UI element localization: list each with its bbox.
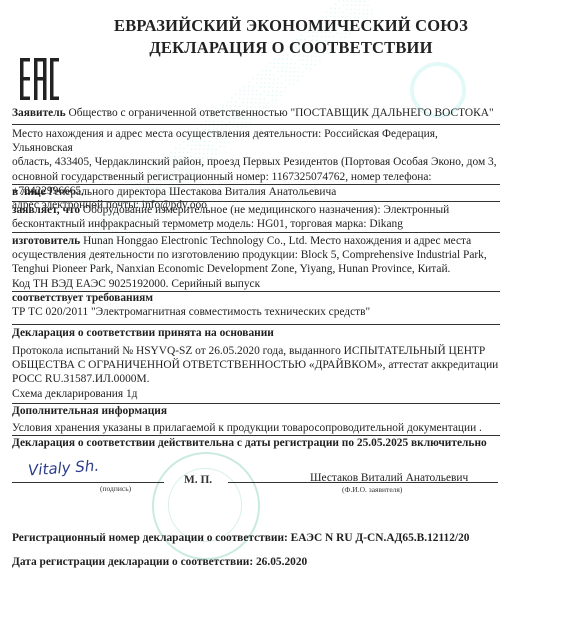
registration-date: Дата регистрации декларации о соответств…: [12, 556, 307, 568]
representative-value: Генерального директора Шестакова Виталия…: [48, 186, 336, 198]
basis-label: Декларация о соответствии принята на осн…: [12, 326, 500, 340]
address-block: Место нахождения и адрес места осуществл…: [12, 127, 500, 212]
handwritten-signature: Vitaly Sh.: [27, 457, 99, 480]
validity-line: Декларация о соответствии действительна …: [12, 436, 500, 450]
additional-value: Условия хранения указаны в прилагаемой к…: [12, 421, 500, 435]
hs-code-line: Код ТН ВЭД ЕАЭС 9025192000. Серийный вып…: [12, 277, 500, 291]
address-line: область, 433405, Чердаклинский район, пр…: [12, 155, 500, 169]
accreditation-line: РОСС RU.31587.ИЛ.0000М.: [12, 372, 500, 386]
signature-line: [12, 482, 164, 483]
representative-row: в лице Генерального директора Шестакова …: [12, 185, 500, 199]
basis-line: ОБЩЕСТВА С ОГРАНИЧЕННОЙ ОТВЕТСТВЕННОСТЬЮ…: [12, 358, 500, 372]
eac-mark-icon: [20, 58, 60, 100]
manufacturer-line: Tenghui Pioneer Park, Nanxian Economic D…: [12, 262, 500, 276]
manufacturer-line: осуществления деятельности по изготовлен…: [12, 248, 500, 262]
product-model-line: бесконтактный инфракрасный термометр мод…: [12, 217, 500, 231]
divider: [12, 201, 500, 202]
additional-label: Дополнительная информация: [12, 404, 500, 418]
address-line: Место нахождения и адрес места осуществл…: [12, 127, 500, 155]
manufacturer-block: изготовитель Hunan Honggao Electronic Te…: [12, 234, 500, 291]
complies-label: соответствует требованиям: [12, 291, 500, 305]
applicant-value: Общество с ограниченной ответственностью…: [69, 107, 494, 119]
divider: [12, 232, 500, 233]
signature-caption: (подпись): [100, 484, 131, 493]
document-title: ДЕКЛАРАЦИЯ О СООТВЕТСТВИИ: [0, 38, 582, 58]
manufacturer-line: Hunan Honggao Electronic Technology Co.,…: [83, 235, 471, 247]
scheme-line: Схема декларирования 1д: [12, 387, 500, 401]
product-line: Оборудование измерительное (не медицинск…: [83, 204, 449, 216]
applicant-label: Заявитель: [12, 107, 66, 119]
basis-line: Протокола испытаний № HSYVQ-SZ от 26.05.…: [12, 344, 500, 358]
name-caption: (Ф.И.О. заявителя): [342, 485, 402, 494]
declares-label: заявляет, что: [12, 204, 80, 216]
applicant-row: Заявитель Общество с ограниченной ответс…: [12, 106, 500, 120]
divider: [12, 124, 500, 125]
registration-number: Регистрационный номер декларации о соотв…: [12, 532, 469, 544]
representative-label: в лице: [12, 186, 46, 198]
declares-block: заявляет, что Оборудование измерительное…: [12, 203, 500, 231]
complies-value: ТР ТС 020/2011 "Электромагнитная совмест…: [12, 305, 500, 319]
basis-block: Протокола испытаний № HSYVQ-SZ от 26.05.…: [12, 344, 500, 401]
applicant-full-name: Шестаков Виталий Анатольевич: [310, 472, 468, 484]
declaration-page: ░░░░░░░░░░░░░░░░░ ЕВРАЗИЙСКИЙ ЭКОНОМИЧЕС…: [0, 0, 582, 624]
stamp-place-label: М. П.: [184, 474, 212, 486]
manufacturer-label: изготовитель: [12, 235, 80, 247]
divider: [12, 324, 500, 325]
union-title: ЕВРАЗИЙСКИЙ ЭКОНОМИЧЕСКИЙ СОЮЗ: [0, 16, 582, 36]
